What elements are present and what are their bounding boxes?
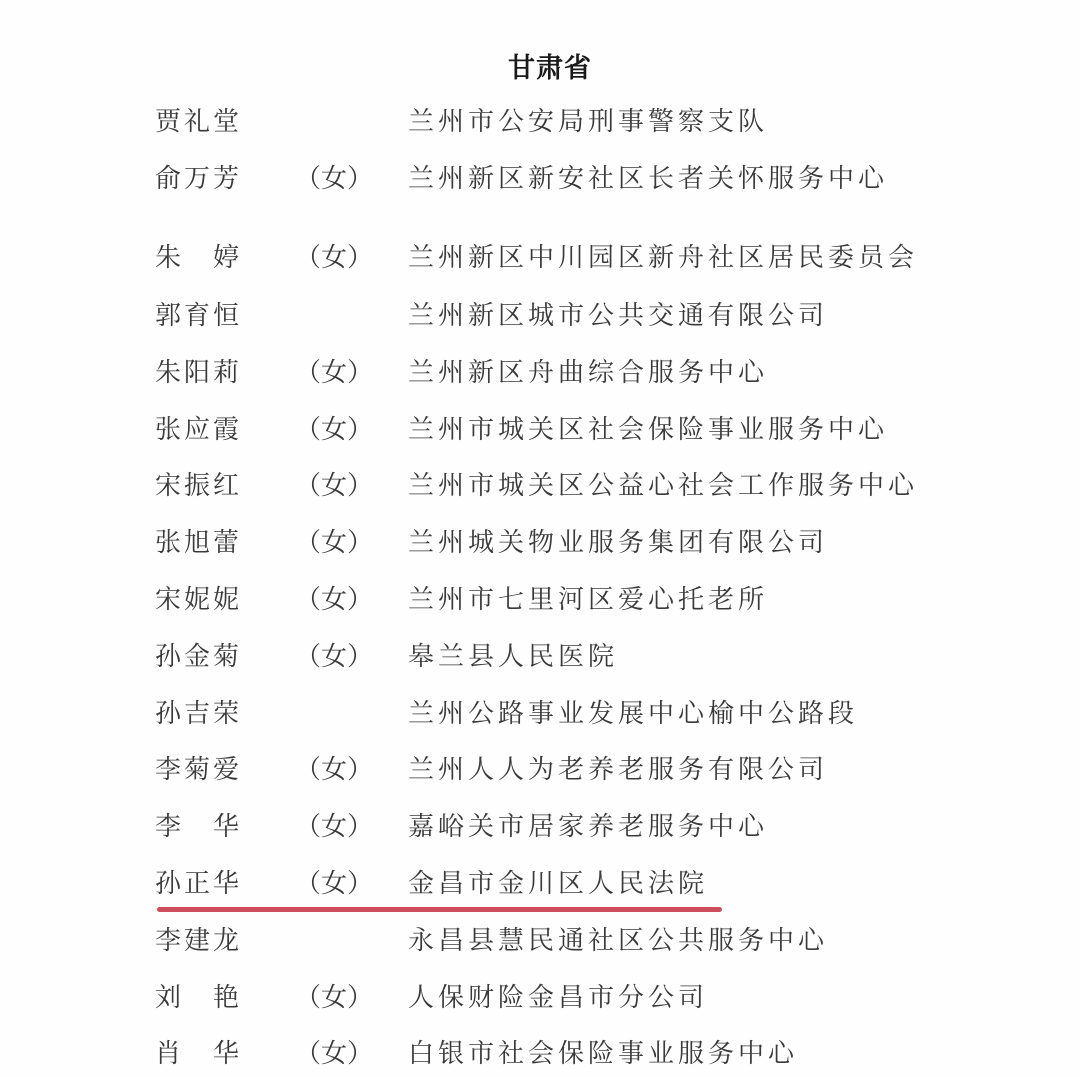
organization: 兰州市公安局刑事警察支队 — [408, 102, 768, 142]
list-item: 郭育恒兰州新区城市公共交通有限公司 — [0, 296, 1080, 336]
organization: 兰州公路事业发展中心榆中公路段 — [408, 694, 858, 734]
organization: 兰州市城关区社会保险事业服务中心 — [408, 410, 888, 450]
list-item: 李 华（女）嘉峪关市居家养老服务中心 — [0, 807, 1080, 847]
list-item: 俞万芳（女）兰州新区新安社区长者关怀服务中心 — [0, 159, 1080, 199]
organization: 永昌县慧民通社区公共服务中心 — [408, 921, 828, 961]
gender-mark: （女） — [295, 1034, 373, 1074]
list-item: 朱 婷（女）兰州新区中川园区新舟社区居民委员会 — [0, 238, 1080, 278]
person-name: 张应霞 — [155, 410, 242, 450]
organization: 嘉峪关市居家养老服务中心 — [408, 807, 768, 847]
person-name: 李 华 — [155, 807, 242, 847]
organization: 金昌市金川区人民法院 — [408, 864, 708, 904]
list-item: 宋妮妮（女）兰州市七里河区爱心托老所 — [0, 580, 1080, 620]
list-item: 张应霞（女）兰州市城关区社会保险事业服务中心 — [0, 410, 1080, 450]
list-item: 朱阳莉（女）兰州新区舟曲综合服务中心 — [0, 353, 1080, 393]
gender-mark: （女） — [295, 864, 373, 904]
person-name: 宋振红 — [155, 466, 242, 506]
gender-mark: （女） — [295, 580, 373, 620]
organization: 白银市社会保险事业服务中心 — [408, 1034, 798, 1074]
list-item: 刘 艳（女）人保财险金昌市分公司 — [0, 978, 1080, 1018]
list-item-highlighted: 孙正华（女）金昌市金川区人民法院 — [0, 864, 1080, 904]
person-name: 肖 华 — [155, 1034, 242, 1074]
page-title: 甘肃省 — [0, 46, 1080, 85]
organization: 兰州新区新安社区长者关怀服务中心 — [408, 159, 888, 199]
organization: 兰州市城关区公益心社会工作服务中心 — [408, 466, 918, 506]
person-name: 孙正华 — [155, 864, 242, 904]
organization: 兰州新区舟曲综合服务中心 — [408, 353, 768, 393]
list-item: 孙金菊（女）皋兰县人民医院 — [0, 637, 1080, 677]
organization: 兰州新区城市公共交通有限公司 — [408, 296, 828, 336]
organization: 人保财险金昌市分公司 — [408, 978, 708, 1018]
list-item: 李菊爱（女）兰州人人为老养老服务有限公司 — [0, 750, 1080, 790]
person-name: 孙吉荣 — [155, 694, 242, 734]
list-item: 李建龙永昌县慧民通社区公共服务中心 — [0, 921, 1080, 961]
person-name: 郭育恒 — [155, 296, 242, 336]
person-name: 刘 艳 — [155, 978, 242, 1018]
person-name: 宋妮妮 — [155, 580, 242, 620]
person-name: 孙金菊 — [155, 637, 242, 677]
person-name: 俞万芳 — [155, 159, 242, 199]
gender-mark: （女） — [295, 523, 373, 563]
organization: 兰州人人为老养老服务有限公司 — [408, 750, 828, 790]
organization: 兰州新区中川园区新舟社区居民委员会 — [408, 238, 918, 278]
person-name: 张旭蕾 — [155, 523, 242, 563]
gender-mark: （女） — [295, 238, 373, 278]
person-name: 朱阳莉 — [155, 353, 242, 393]
red-highlight-underline — [157, 907, 722, 912]
gender-mark: （女） — [295, 410, 373, 450]
list-item: 宋振红（女）兰州市城关区公益心社会工作服务中心 — [0, 466, 1080, 506]
gender-mark: （女） — [295, 807, 373, 847]
person-name: 李建龙 — [155, 921, 242, 961]
organization: 兰州城关物业服务集团有限公司 — [408, 523, 828, 563]
gender-mark: （女） — [295, 637, 373, 677]
gender-mark: （女） — [295, 466, 373, 506]
list-item: 张旭蕾（女）兰州城关物业服务集团有限公司 — [0, 523, 1080, 563]
gender-mark: （女） — [295, 750, 373, 790]
organization: 皋兰县人民医院 — [408, 637, 618, 677]
list-item: 孙吉荣兰州公路事业发展中心榆中公路段 — [0, 694, 1080, 734]
list-item: 肖 华（女）白银市社会保险事业服务中心 — [0, 1034, 1080, 1074]
person-name: 贾礼堂 — [155, 102, 242, 142]
gender-mark: （女） — [295, 353, 373, 393]
person-name: 李菊爱 — [155, 750, 242, 790]
gender-mark: （女） — [295, 159, 373, 199]
gender-mark: （女） — [295, 978, 373, 1018]
list-item: 贾礼堂兰州市公安局刑事警察支队 — [0, 102, 1080, 142]
organization: 兰州市七里河区爱心托老所 — [408, 580, 768, 620]
person-name: 朱 婷 — [155, 238, 242, 278]
